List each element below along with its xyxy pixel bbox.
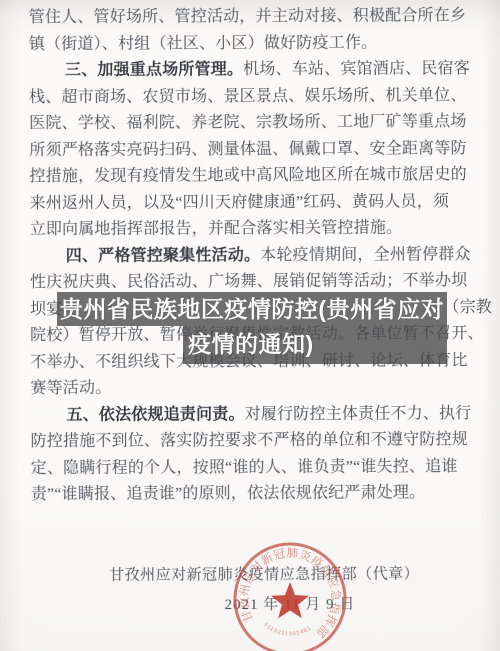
line-text: 定、隐瞒行程的个人，按照“谁的人、谁负责”“谁失控、追谁 — [31, 458, 458, 477]
document-text-line: 五、依法依规追责问责。对履行防控主体责任不力、执行 — [30, 401, 458, 429]
document-text-line: 四、严格管控聚集性活动。本轮疫情期间，全州暂停群众 — [30, 242, 458, 270]
document-text-line: 控措施，发现有疫情发生地或中高风险地区所在城市旅居史的 — [29, 162, 457, 190]
line-text: 对履行防控主体责任不力、执行 — [245, 405, 472, 423]
line-text: 责”“谁瞒报、追责谁”的原则，依法依规依纪严肃处理。 — [31, 484, 426, 503]
line-text: 来州返州人员，以及“四川天府健康通”红码、黄码人员，须 — [29, 193, 449, 212]
line-text: 管住人、管好场所、管控活动，并主动对接、积极配合所在乡 — [29, 7, 466, 26]
line-text: 栈、超市商场、农贸市场、景区景点、娱乐场所、机关单位、 — [29, 87, 466, 106]
caption-banner-line2: 疫情的通知) — [188, 326, 314, 362]
document-text-line: 管住人、管好场所、管控活动，并主动对接、积极配合所在乡 — [29, 3, 457, 31]
caption-banner-line2-row: 疫情的通知) — [57, 326, 447, 364]
official-seal: 甘孜州应对新冠肺炎疫情应急指挥部 5115211302481 — [231, 540, 349, 651]
line-text: 赛等活动。 — [30, 380, 111, 397]
document-text-line: 责”“谁瞒报、追责谁”的原则，依法依规依纪严肃处理。 — [31, 480, 459, 508]
document-text-line: 镇（街道）、村组（社区、小区）做好防疫工作。 — [29, 30, 457, 58]
section-heading: 三、加强重点场所管理。 — [65, 61, 243, 79]
line-text: 所须严格落实亮码扫码、测量体温、佩戴口罩、安全距离等防 — [29, 140, 466, 159]
line-text: 本轮疫情期间，全州暂停群众 — [260, 246, 471, 264]
line-text: 镇（街道）、村组（社区、小区）做好防疫工作。 — [29, 34, 377, 53]
document-lines: 管住人、管好场所、管控活动，并主动对接、积极配合所在乡镇（街道）、村组（社区、小… — [29, 3, 459, 508]
document-text-line: 防控措施不到位、落实防控要求不严格的单位和不遵守防控规 — [31, 427, 459, 455]
section-heading: 四、严格管控聚集性活动。 — [66, 246, 260, 264]
caption-banner: 贵州省民族地区疫情防控(贵州省应对 疫情的通知) — [57, 292, 447, 364]
document-text-line: 定、隐瞒行程的个人，按照“谁的人、谁负责”“谁失控、追谁 — [31, 454, 459, 482]
line-text: 防控措施不到位、落实防控要求不严格的单位和不遵守防控规 — [31, 431, 468, 450]
line-text: 立即向属地指挥部报告，并配合落实相关管控措施。 — [30, 219, 403, 238]
section-heading: 五、依法依规追责问责。 — [66, 405, 244, 423]
document-text-line: 立即向属地指挥部报告，并配合落实相关管控措施。 — [30, 215, 458, 243]
line-text-right-fragment: （宗教 — [443, 294, 492, 321]
document-text-line: 赛等活动。 — [30, 374, 458, 402]
line-text: 控措施，发现有疫情发生地或中高风险地区所在城市旅居史的 — [29, 166, 466, 185]
document-text-line: 来州返州人员，以及“四川天府健康通”红码、黄码人员，须 — [29, 189, 457, 217]
document-text-line: 所须严格落实亮码扫码、测量体温、佩戴口罩、安全距离等防 — [29, 136, 457, 164]
document-text-line: 医院、学校、福利院、养老院、宗教场所、工地厂矿等重点场 — [29, 109, 457, 137]
line-text: 医院、学校、福利院、养老院、宗教场所、工地厂矿等重点场 — [29, 113, 466, 132]
caption-banner-line1: 贵州省民族地区疫情防控(贵州省应对 — [57, 292, 447, 326]
document-text-line: 栈、超市商场、农贸市场、景区景点、娱乐场所、机关单位、 — [29, 83, 457, 111]
seal-star-icon — [271, 582, 309, 618]
seal-serial-number: 5115211302481 — [262, 622, 312, 638]
line-text: 性庆祝庆典、民俗活动、广场舞、展销促销等活动；不举办坝 — [30, 272, 467, 291]
document-text-line: 三、加强重点场所管理。机场、车站、宾馆酒店、民宿客 — [29, 56, 457, 84]
line-text: 机场、车站、宾馆酒店、民宿客 — [243, 60, 470, 78]
